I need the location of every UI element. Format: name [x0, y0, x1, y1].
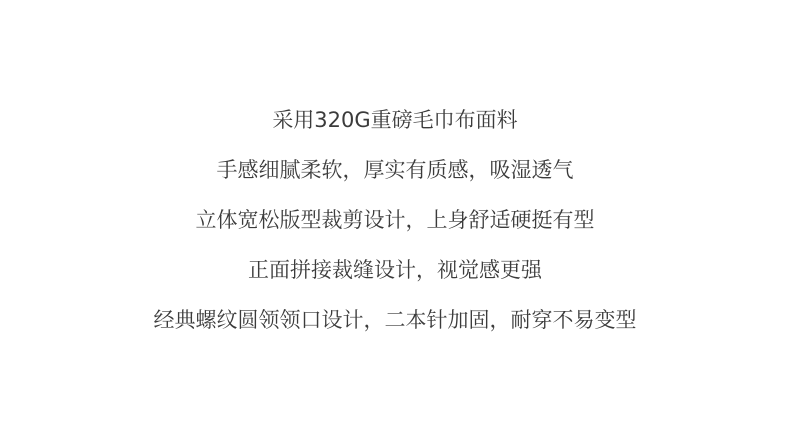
product-feature-panel: 采用320G重磅毛巾布面料 手感细腻柔软，厚实有质感，吸湿透气 立体宽松版型裁剪… — [0, 0, 790, 431]
feature-collar: 经典螺纹圆领领口设计，二本针加固，耐穿不易变型 — [154, 304, 637, 336]
feature-fit: 立体宽松版型裁剪设计，上身舒适硬挺有型 — [196, 204, 595, 236]
feature-list: 采用320G重磅毛巾布面料 手感细腻柔软，厚实有质感，吸湿透气 立体宽松版型裁剪… — [0, 104, 790, 354]
feature-feel: 手感细腻柔软，厚实有质感，吸湿透气 — [217, 154, 574, 186]
feature-stitching: 正面拼接裁缝设计，视觉感更强 — [248, 254, 542, 286]
feature-fabric: 采用320G重磅毛巾布面料 — [272, 104, 517, 136]
